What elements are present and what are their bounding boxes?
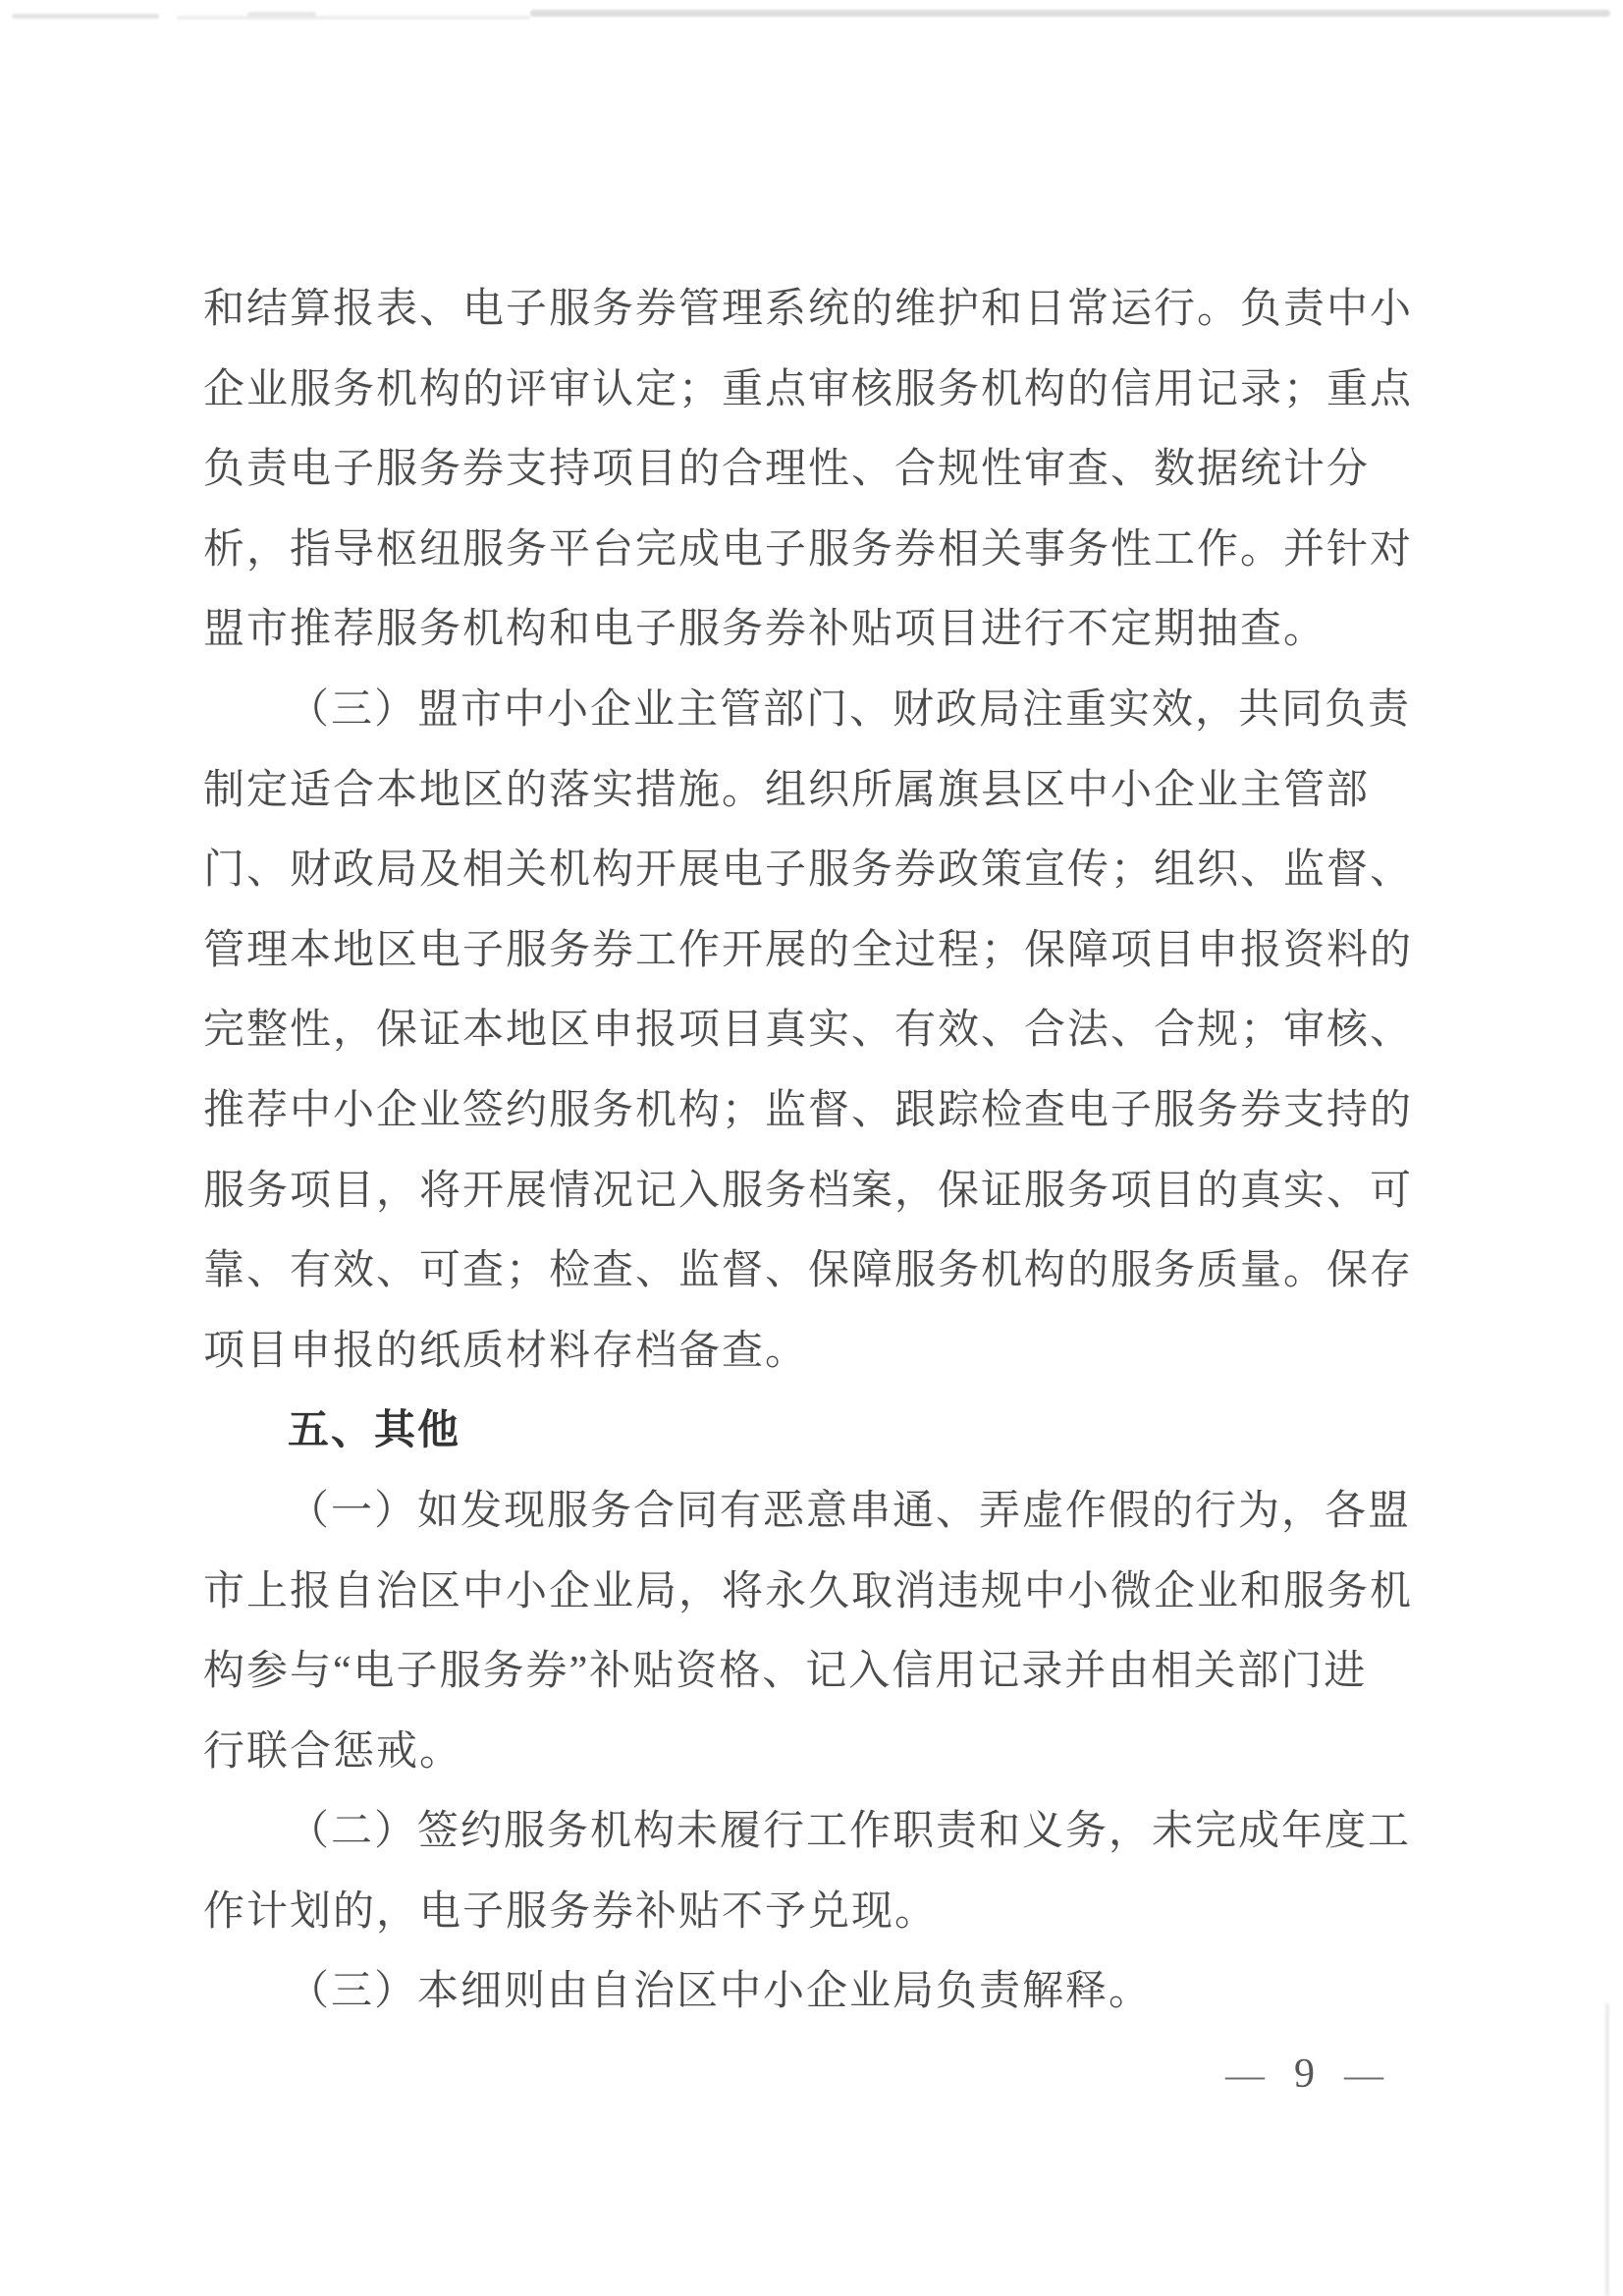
scan-edge-segment	[530, 10, 1610, 17]
scan-edge-segment	[12, 14, 159, 19]
text-line: 完整性，保证本地区申报项目真实、有效、合法、合规；审核、	[203, 991, 1421, 1071]
scan-edge-artifact	[0, 6, 1623, 22]
text-line: 门、财政局及相关机构开展电子服务券政策宣传；组织、监督、	[203, 831, 1421, 911]
text-line: 推荐中小企业签约服务机构；监督、跟踪检查电子服务券支持的	[203, 1071, 1421, 1152]
page-number: — 9 —	[1225, 2050, 1383, 2098]
text-line: （二）签约服务机构未履行工作职责和义务，未完成年度工	[203, 1792, 1421, 1873]
text-line: （一）如发现服务合同有恶意串通、弄虚作假的行为，各盟	[203, 1472, 1421, 1553]
text-line: 服务项目，将开展情况记入服务档案，保证服务项目的真实、可	[203, 1152, 1421, 1232]
text-line: 作计划的，电子服务券补贴不予兑现。	[203, 1873, 1421, 1953]
page-number-dash-right: —	[1344, 2051, 1383, 2098]
document-body: 和结算报表、电子服务券管理系统的维护和日常运行。负责中小企业服务机构的评审认定；…	[203, 270, 1421, 2033]
text-line: 制定适合本地区的落实措施。组织所属旗县区中小企业主管部	[203, 751, 1421, 832]
section-heading: 五、其他	[203, 1392, 1421, 1472]
text-line: 管理本地区电子服务券工作开展的全过程；保障项目申报资料的	[203, 911, 1421, 992]
scan-edge-segment	[177, 16, 530, 20]
text-line: 和结算报表、电子服务券管理系统的维护和日常运行。负责中小	[203, 270, 1421, 351]
text-line: （三）盟市中小企业主管部门、财政局注重实效，共同负责	[203, 671, 1421, 751]
text-line: 项目申报的纸质材料存档备查。	[203, 1312, 1421, 1393]
text-line: 盟市推荐服务机构和电子服务券补贴项目进行不定期抽查。	[203, 590, 1421, 671]
text-line: 构参与“电子服务券”补贴资格、记入信用记录并由相关部门进	[203, 1632, 1421, 1713]
text-line: 市上报自治区中小企业局，将永久取消违规中小微企业和服务机	[203, 1553, 1421, 1633]
text-line: 企业服务机构的评审认定；重点审核服务机构的信用记录；重点	[203, 351, 1421, 431]
text-line: （三）本细则由自治区中小企业局负责解释。	[203, 1952, 1421, 2033]
document-page: 和结算报表、电子服务券管理系统的维护和日常运行。负责中小企业服务机构的评审认定；…	[0, 0, 1623, 2296]
page-number-dash-left: —	[1225, 2051, 1265, 2098]
text-line: 靠、有效、可查；检查、监督、保障服务机构的服务质量。保存	[203, 1231, 1421, 1312]
scan-edge-segment	[247, 12, 316, 18]
page-number-value: 9	[1294, 2050, 1315, 2098]
scan-right-edge-artifact	[1605, 2003, 1609, 2296]
text-line: 负责电子服务券支持项目的合理性、合规性审查、数据统计分	[203, 430, 1421, 511]
text-line: 行联合惩戒。	[203, 1713, 1421, 1793]
text-line: 析，指导枢纽服务平台完成电子服务券相关事务性工作。并针对	[203, 511, 1421, 591]
